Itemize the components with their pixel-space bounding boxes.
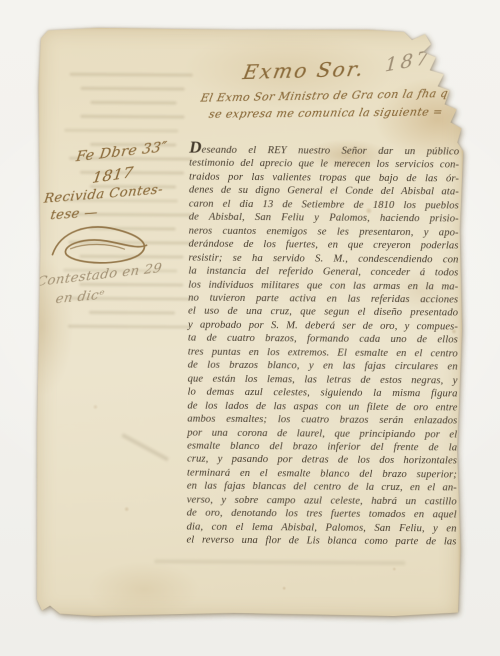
photo-background: 1877 Exmo Sor. El Exmo Sor Ministro de G… xyxy=(0,0,500,656)
handwritten-header-line1: El Exmo Sor Ministro de Gra con la fha q… xyxy=(200,86,500,105)
bleedthrough-smudge xyxy=(121,433,169,461)
document-page-wrap: 1877 Exmo Sor. El Exmo Sor Ministro de G… xyxy=(34,27,464,620)
document-page: 1877 Exmo Sor. El Exmo Sor Ministro de G… xyxy=(34,27,464,620)
handwritten-salutation: Exmo Sor. xyxy=(241,57,367,84)
handwritten-header-line2: se expresa me comunica la siguiente = xyxy=(208,105,444,120)
pencil-inventory-number: 1877 xyxy=(384,44,448,77)
bleedthrough-text-bottom xyxy=(138,559,400,577)
printed-decree-text: Deseando el REY nuestro Señor dar un púb… xyxy=(186,141,459,549)
